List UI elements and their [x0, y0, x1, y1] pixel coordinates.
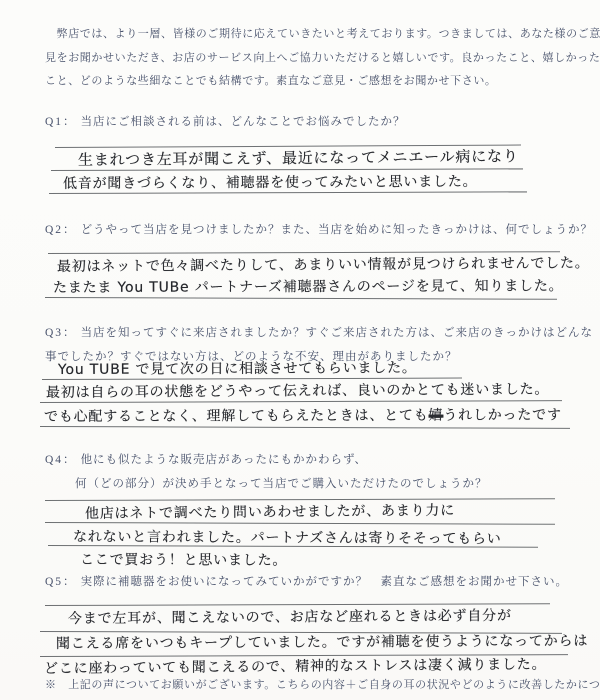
question-label-q3: Q3：: [45, 327, 77, 339]
question-text-q1: 当店にご相談される前は、どんなことでお悩みでしたか？: [81, 116, 406, 128]
question-q4: Q4：他にも似たような販売店があったにもかかわらず、: [45, 453, 367, 468]
answer-text: うれしかったです: [443, 407, 561, 423]
answer-text: でも心配することなく、理解してもらえたときは、とても: [44, 408, 429, 425]
intro-line-1: 弊店では、より一層、皆様のご期待に応えていきたいと考えております。つきましては、…: [45, 27, 600, 42]
question-q5: Q5：実際に補聴器をお使いになってみていかがですか？ 素直なご感想をお聞かせ下さ…: [45, 575, 568, 590]
handwritten-answer-q2-line1: 最初はネットで色々調べたりして、あまりいい情報が見つけられませんでした。: [57, 252, 590, 276]
question-text-q5: 実際に補聴器をお使いになってみていかがですか？ 素直なご感想をお聞かせ下さい。: [81, 576, 569, 588]
question-label-q5: Q5：: [45, 576, 77, 588]
handwritten-answer-q5-line1: 今まで左耳が、聞こえないので、お店など座れるときは必ず自分が: [68, 605, 512, 628]
handwritten-answer-q4-line1: 他店はネトで調べたり問いあわせましたが、あまり力に: [85, 500, 455, 523]
question-q4-line2: 何（どの部分）が決め手となって当店でご購入いただけたのでしょうか？: [75, 477, 488, 492]
intro-line-2: 見をお聞かせいただき、お店のサービス向上へご協力いただけると嬉しいです。良かった…: [45, 51, 600, 66]
handwritten-answer-q2-line2: たまたま You TUBe パートナーズ補聴器さんのページを見て、知りました。: [53, 275, 564, 297]
handwritten-answer-q5-line2: 聞こえる席をいつもキープしていました。ですが補聴を使うようになってからは: [56, 630, 588, 653]
handwritten-answer-q4-line3: ここで買おう！と思いました。: [80, 549, 287, 570]
handwritten-answer-q3-line3: でも心配することなく、理解してもらえたときは、とても嬉うれしかったです: [44, 404, 562, 426]
handwritten-answer-q1-line1: 生まれつき左耳が聞こえず、最近になってメニエール病になり: [78, 145, 519, 170]
intro-line-3: こと、どのような些細なことでも結構です。素直なご意見・ご感想をお聞かせ下さい。: [45, 74, 497, 89]
strikethrough-text: 嬉: [429, 408, 444, 424]
answer-rule-line: [45, 297, 557, 300]
question-text-q3-line1: 当店を知ってすぐに来店されましたか？すぐご来店された方は、ご来店のきっかけはどん…: [81, 327, 594, 339]
question-label-q2: Q2：: [45, 224, 77, 236]
handwritten-answer-q5-line3: どこに座わっていても聞こえるので、精神的なストレスは凄く減りました。: [44, 654, 547, 678]
answer-rule-line: [40, 426, 570, 429]
scanned-questionnaire-page: 弊店では、より一層、皆様のご期待に応えていきたいと考えております。つきましては、…: [0, 0, 600, 700]
handwritten-answer-q1-line2: 低音が聞きづらくなり、補聴器を使ってみたいと思いました。: [63, 171, 478, 193]
handwritten-answer-q3-line2: 最初は自らの耳の状態をどうやって伝えれば、良いのかとても迷いました。: [46, 378, 549, 402]
footer-note: ※ 上記の声についてお願いがございます。こちらの内容＋ご自身の耳の状況やどのよう…: [45, 678, 600, 693]
question-text-q4-line1: 他にも似たような販売店があったにもかかわらず、: [81, 454, 367, 466]
handwritten-answer-q3-line1: You TUBE で見て次の日に相談させてもらいました。: [58, 357, 417, 379]
question-label-q4: Q4：: [45, 454, 77, 466]
question-q2: Q2：どうやって当店を見つけましたか？また、当店を始めに知ったきっかけは、何でし…: [45, 223, 593, 238]
question-q1: Q1：当店にご相談される前は、どんなことでお悩みでしたか？: [45, 115, 406, 130]
question-q3: Q3：当店を知ってすぐに来店されましたか？すぐご来店された方は、ご来店のきっかけ…: [45, 326, 593, 341]
question-label-q1: Q1：: [45, 116, 77, 128]
question-text-q2: どうやって当店を見つけましたか？また、当店を始めに知ったきっかけは、何でしょうか…: [81, 224, 594, 236]
handwritten-answer-q4-line2: なれないと言われました。パートナズさんは寄りそそってもらい: [73, 526, 502, 548]
